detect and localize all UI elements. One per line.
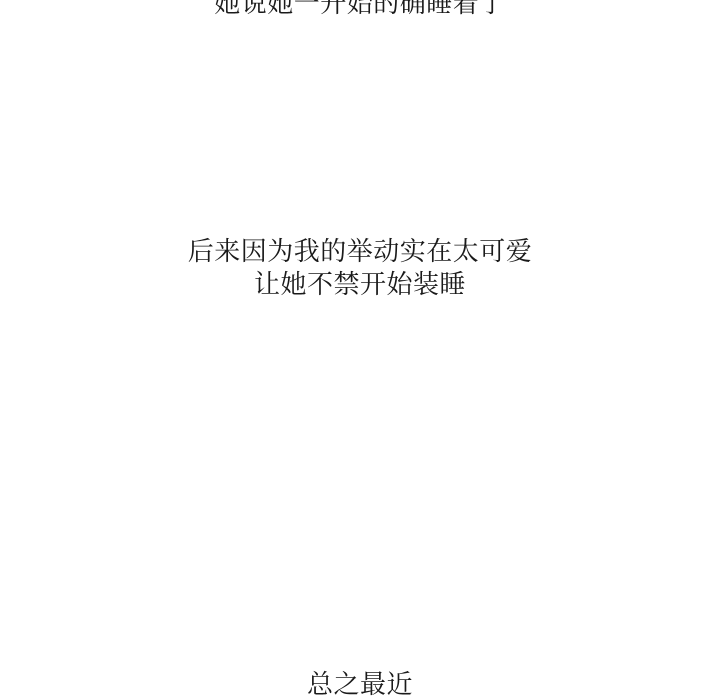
caption-middle: 后来因为我的举动实在太可爱 让她不禁开始装睡 [0,235,720,301]
caption-middle-line2: 让她不禁开始装睡 [0,268,720,301]
caption-middle-line1: 后来因为我的举动实在太可爱 [0,235,720,268]
caption-top: 她说她一开始的确睡着了 [0,0,720,20]
caption-bottom: 总之最近 [0,668,720,700]
comic-page: 她说她一开始的确睡着了 后来因为我的举动实在太可爱 让她不禁开始装睡 总之最近 [0,0,720,700]
